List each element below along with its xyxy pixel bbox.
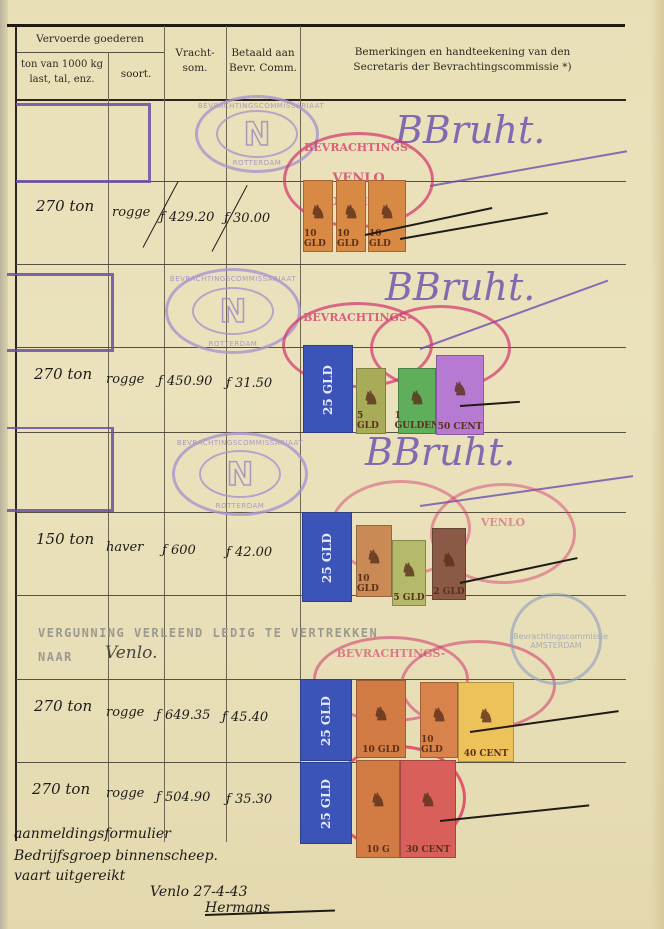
revenue-stamp-value: 10 GLD: [304, 229, 332, 249]
permit-typed-text: VERGUNNING VERLEEND LEDIG TE VERTREKKEN: [38, 626, 378, 640]
revenue-stamp: ♞5 GLD: [392, 540, 426, 606]
lion-crest-icon: ♞: [310, 202, 326, 223]
rotterdam-stamp-3: BEVRACHTINGSCOMMISSARIAAT N ROTTERDAM: [172, 432, 308, 516]
revenue-stamp-value: 2 GLD: [433, 587, 464, 597]
revenue-stamp: ♞10 GLD: [356, 525, 392, 597]
stamp-letter: N: [199, 450, 281, 498]
lion-crest-icon: ♞: [366, 547, 382, 568]
stamp-ring-text: ROTTERDAM: [168, 340, 298, 348]
stamp-letter: N: [192, 287, 274, 335]
revenue-stamp-value: 25 GLD: [321, 365, 335, 415]
revenue-stamp-value: 10 GLD: [421, 735, 457, 755]
cancel-stroke: [400, 212, 548, 240]
purple-frame-3: [7, 427, 114, 512]
revenue-stamp: ♞1 GULDEN: [398, 368, 436, 434]
stamp-ring-text: ROTTERDAM: [175, 502, 305, 510]
lion-crest-icon: ♞: [370, 790, 386, 811]
header-quantity: ton van 1000 kg last, tal, enz.: [16, 57, 108, 87]
revenue-stamp-value: 40 CENT: [464, 749, 509, 759]
lion-crest-icon: ♞: [452, 379, 468, 400]
revenue-stamp-value: 30 CENT: [406, 845, 451, 855]
revenue-stamp-value: 10 GLD: [362, 745, 399, 755]
revenue-stamp: ♞30 CENT: [400, 760, 456, 858]
row3-quantity: 150 ton: [36, 530, 94, 548]
header-kind: soort.: [108, 67, 164, 82]
revenue-stamp: ♞10 G: [356, 760, 400, 858]
row1-freight: ƒ 429.20: [160, 210, 214, 225]
header-freight: Vracht-som.: [164, 46, 226, 76]
row2-freight: ƒ 450.90: [158, 374, 212, 389]
revenue-stamp: ♞10 GLD: [303, 180, 333, 252]
revenue-stamp: 25 GLD: [302, 512, 352, 602]
footer-line3: vaart uitgereikt: [14, 868, 125, 884]
row4-quantity: 270 ton: [34, 697, 92, 715]
stamp-ring-text: BEVRACHTINGSCOMMISSARIAAT: [198, 102, 316, 110]
row4-freight: ƒ 649.35: [156, 708, 210, 723]
row4-kind: rogge: [106, 705, 144, 720]
row1-quantity: 270 ton: [36, 197, 94, 215]
row3-freight: ƒ 600: [162, 543, 196, 558]
revenue-stamp: ♞2 GLD: [432, 528, 466, 600]
revenue-stamp-value: 5 GLD: [357, 411, 385, 431]
revenue-stamp-value: 10 GLD: [357, 574, 391, 594]
lion-crest-icon: ♞: [409, 388, 425, 409]
header-subrule: [16, 52, 164, 53]
revenue-stamp-value: 10 G: [366, 845, 389, 855]
row5-freight: ƒ 504.90: [156, 790, 210, 805]
lion-crest-icon: ♞: [363, 388, 379, 409]
header-goods-group: Vervoerde goederen: [16, 32, 164, 47]
row3-kind: haver: [106, 540, 143, 555]
revenue-stamp-value: 25 GLD: [319, 779, 333, 829]
revenue-stamp-value: 5 GLD: [393, 593, 424, 603]
lion-crest-icon: ♞: [379, 202, 395, 223]
footer-place-date: Venlo 27-4-43: [150, 884, 247, 900]
revenue-stamp-value: 25 GLD: [320, 533, 334, 583]
row1-kind: rogge: [112, 205, 150, 220]
revenue-stamp: ♞10 GLD: [336, 180, 366, 252]
row2-kind: rogge: [106, 372, 144, 387]
row3-paid: ƒ 42.00: [226, 545, 272, 560]
revenue-stamp: ♞50 CENT: [436, 355, 484, 435]
revenue-stamp-value: 25 GLD: [319, 696, 333, 746]
row5-paid: ƒ 35.30: [226, 792, 272, 807]
rotterdam-stamp-2: BEVRACHTINGSCOMMISSARIAAT N ROTTERDAM: [165, 268, 301, 354]
page-edge-right: [650, 0, 664, 929]
row5-kind: rogge: [106, 786, 144, 801]
footer-line2: Bedrijfsgroep binnenscheep.: [14, 848, 218, 864]
stamp-ring-text: BEVRACHTINGSCOMMISSARIAAT: [175, 439, 305, 447]
header-paid: Betaald aan Bevr. Comm.: [226, 46, 300, 76]
top-rule: [7, 24, 325, 27]
lion-crest-icon: ♞: [373, 704, 389, 725]
revenue-stamp: ♞10 GLD: [368, 180, 406, 252]
permit-destination: Venlo.: [105, 643, 158, 663]
row2-quantity: 270 ton: [34, 365, 92, 383]
row2-paid: ƒ 31.50: [226, 376, 272, 391]
secretary-signature-2: BBruht.: [385, 265, 535, 309]
lion-crest-icon: ♞: [420, 790, 436, 811]
revenue-stamp: 25 GLD: [303, 345, 353, 433]
lion-crest-icon: ♞: [343, 202, 359, 223]
lion-crest-icon: ♞: [431, 705, 447, 726]
revenue-stamp-value: 10 GLD: [337, 229, 365, 249]
row4-paid: ƒ 45.40: [222, 710, 268, 725]
venlo-stamp-text: BEVRACHTINGS-: [286, 141, 431, 154]
revenue-stamp: ♞10 GLD: [356, 680, 406, 758]
secretary-signature-3: BBruht.: [365, 430, 515, 474]
footer-line1: aanmeldingsformulier: [14, 826, 171, 842]
revenue-stamp: ♞5 GLD: [356, 368, 386, 434]
row5-quantity: 270 ton: [32, 780, 90, 798]
amsterdam-stamp: Bevrachtingscommissie AMSTERDAM: [510, 593, 602, 685]
revenue-stamp: ♞40 CENT: [458, 682, 514, 762]
lion-crest-icon: ♞: [401, 560, 417, 581]
lion-crest-icon: ♞: [478, 706, 494, 727]
stamp-ring-text: BEVRACHTINGSCOMMISSARIAAT: [168, 275, 298, 283]
revenue-stamp: ♞10 GLD: [420, 682, 458, 758]
revenue-stamp-value: 50 CENT: [438, 422, 483, 432]
header-remarks: Bemerkingen en handteekening van den Sec…: [335, 45, 590, 75]
revenue-stamp: 25 GLD: [300, 762, 352, 844]
amsterdam-stamp-text: Bevrachtingscommissie AMSTERDAM: [513, 632, 599, 650]
permit-naar: NAAR: [38, 650, 73, 664]
purple-frame-1: [16, 103, 151, 183]
lion-crest-icon: ♞: [441, 550, 457, 571]
revenue-stamp-value: 1 GULDEN: [395, 411, 440, 431]
top-rule-right: [300, 24, 625, 27]
revenue-stamp: 25 GLD: [300, 679, 352, 761]
purple-frame-2: [7, 273, 114, 352]
